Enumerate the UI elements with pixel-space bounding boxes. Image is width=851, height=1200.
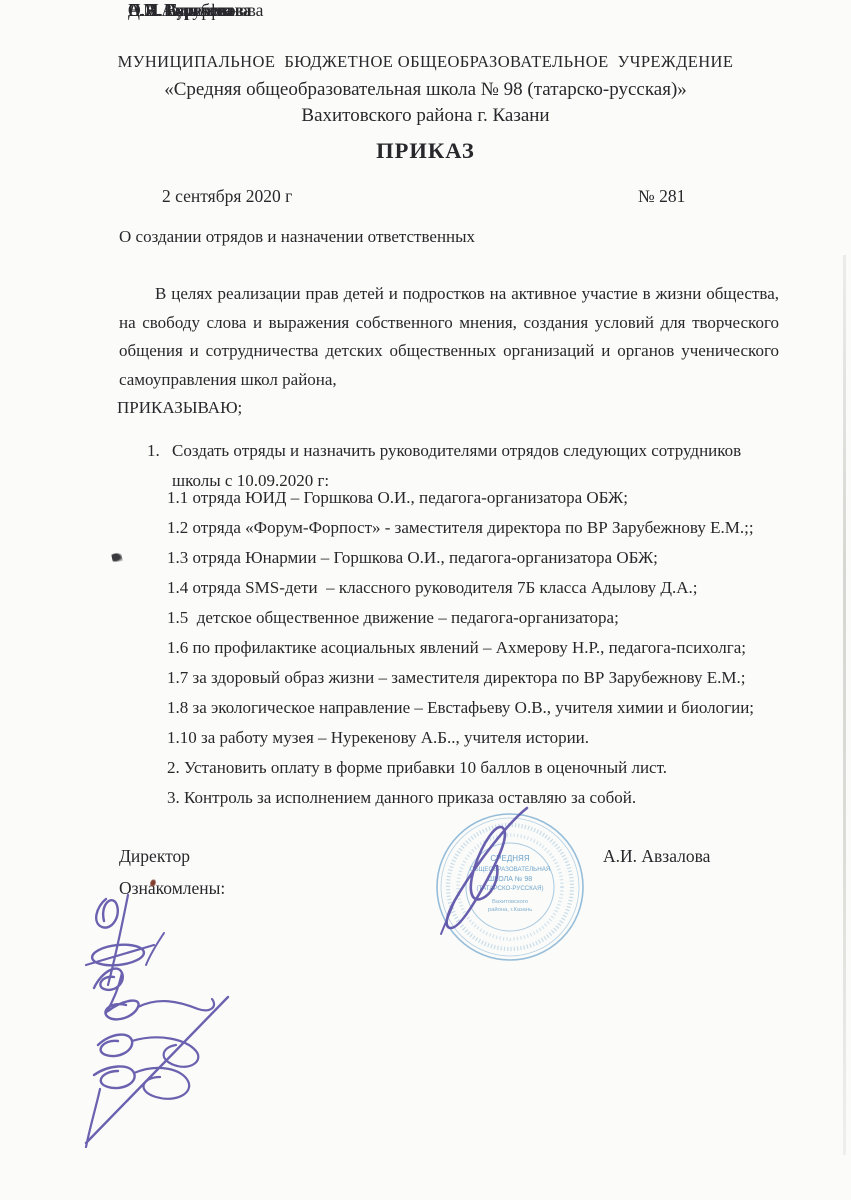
subitem: 1.8 за экологическое направление – Евста… [167, 693, 807, 723]
organization-name: МУНИЦИПАЛЬНОЕ БЮДЖЕТНОЕ ОБЩЕОБРАЗОВАТЕЛЬ… [0, 52, 851, 72]
director-label: Директор [119, 846, 190, 867]
subitem: 1.1 отряда ЮИД – Горшкова О.И., педагога… [167, 483, 807, 513]
subitem: 1.2 отряда «Форум-Форпост» - заместителя… [167, 513, 807, 543]
subitem: 1.3 отряда Юнармии – Горшкова О.И., педа… [167, 543, 807, 573]
scanned-order-document: МУНИЦИПАЛЬНОЕ БЮДЖЕТНОЕ ОБЩЕОБРАЗОВАТЕЛЬ… [0, 0, 851, 1200]
acknowledgement-signatures [78, 893, 268, 1155]
decree-word: ПРИКАЗЫВАЮ; [117, 398, 242, 418]
director-name: А.И. Авзалова [603, 846, 710, 867]
director-signature [425, 800, 555, 940]
document-number: № 281 [638, 186, 685, 207]
acknowledged-name: А.Б. Нурекенова [128, 0, 251, 20]
document-title: ПРИКАЗ [0, 138, 851, 164]
subitem: 1.10 за работу музея – Нурекенову А.Б..,… [167, 723, 807, 753]
subitem: 1.5 детское общественное движение – педа… [167, 603, 807, 633]
item1-marker: 1. [147, 436, 160, 466]
order-subitems: 1.1 отряда ЮИД – Горшкова О.И., педагога… [167, 483, 807, 813]
ink-speck [111, 552, 123, 563]
organization-header: МУНИЦИПАЛЬНОЕ БЮДЖЕТНОЕ ОБЩЕОБРАЗОВАТЕЛЬ… [0, 52, 851, 127]
subitem: 1.6 по профилактике асоциальных явлений … [167, 633, 807, 663]
preamble-paragraph: В целях реализации прав детей и подростк… [119, 280, 779, 394]
school-name: «Средняя общеобразовательная школа № 98 … [0, 79, 851, 101]
acknowledgement-row: А.Б. Нурекенова [119, 0, 251, 22]
scan-edge-line [843, 255, 846, 1155]
subitem: 1.4 отряда SMS-дети – классного руководи… [167, 573, 807, 603]
district-name: Вахитовского района г. Казани [0, 105, 851, 127]
document-date: 2 сентября 2020 г [162, 186, 292, 207]
subitem: 1.7 за здоровый образ жизни – заместител… [167, 663, 807, 693]
order-item-2: 2. Установить оплату в форме прибавки 10… [167, 753, 807, 783]
document-subject: О создании отрядов и назначении ответств… [119, 227, 475, 247]
